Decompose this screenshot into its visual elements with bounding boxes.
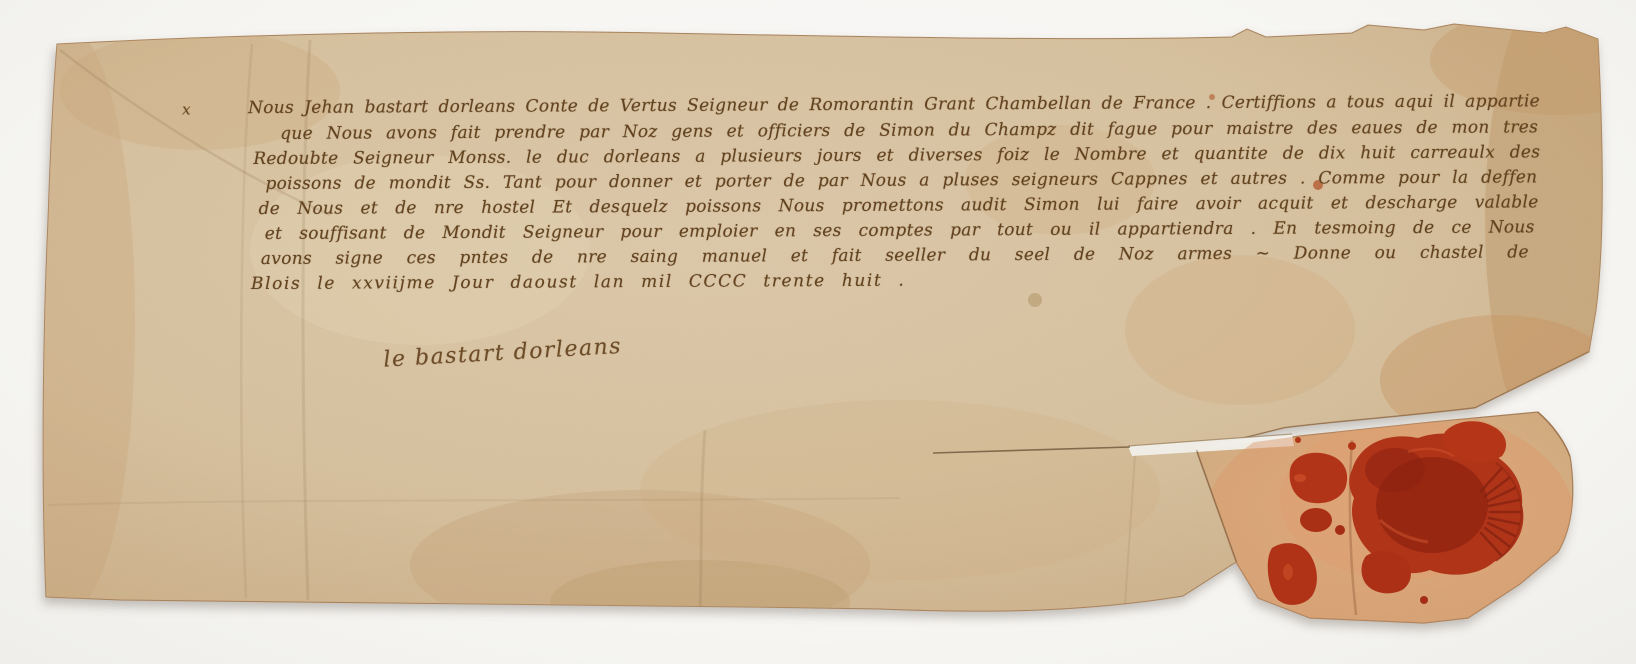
- parchment-graphic: [0, 0, 1636, 664]
- photograph-of-charter: x Nous Jehan bastart dorleans Conte de V…: [0, 0, 1636, 664]
